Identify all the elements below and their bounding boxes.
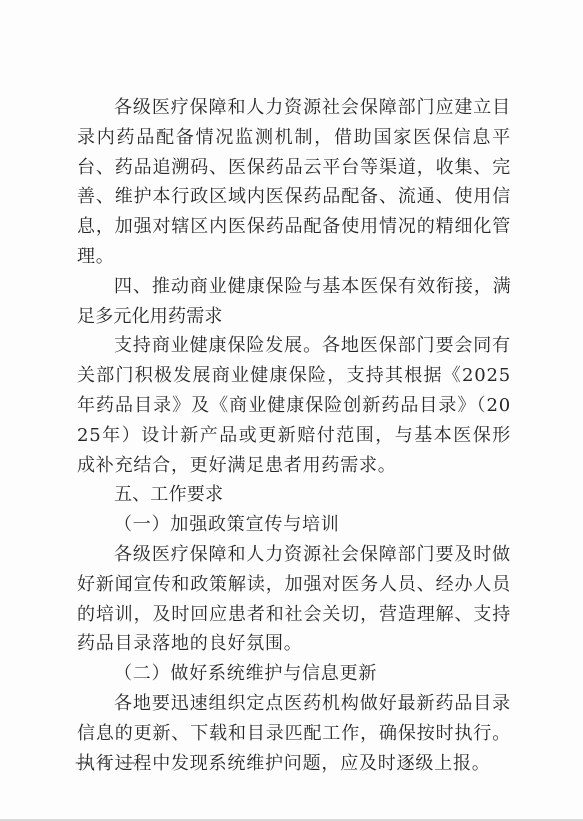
document-page: 各级医疗保障和人力资源社会保障部门应建立目录内药品配备情况监测机制，借助国家医保… xyxy=(0,0,583,819)
section-heading-work-requirements: 五、工作要求 xyxy=(77,480,511,510)
paragraph-catalog-monitoring: 各级医疗保障和人力资源社会保障部门应建立目录内药品配备情况监测机制，借助国家医保… xyxy=(77,93,511,272)
subheading-policy-publicity: （一）加强政策宣传与培训 xyxy=(77,510,511,540)
paragraph-commercial-insurance: 支持商业健康保险发展。各地医保部门要会同有关部门积极发展商业健康保险，支持其根据… xyxy=(77,331,511,480)
document-body: 各级医疗保障和人力资源社会保障部门应建立目录内药品配备情况监测机制，借助国家医保… xyxy=(77,93,511,778)
section-heading-commercial-insurance: 四、推动商业健康保险与基本医保有效衔接，满足多元化用药需求 xyxy=(77,272,511,332)
subheading-system-maintenance: （二）做好系统维护与信息更新 xyxy=(77,659,511,689)
paragraph-system-maintenance: 各地要迅速组织定点医药机构做好最新药品目录信息的更新、下载和目录匹配工作，确保按… xyxy=(77,689,511,778)
paragraph-policy-publicity: 各级医疗保障和人力资源社会保障部门要及时做好新闻宣传和政策解读，加强对医务人员、… xyxy=(77,540,511,659)
page-number: — 4 — xyxy=(75,752,137,771)
